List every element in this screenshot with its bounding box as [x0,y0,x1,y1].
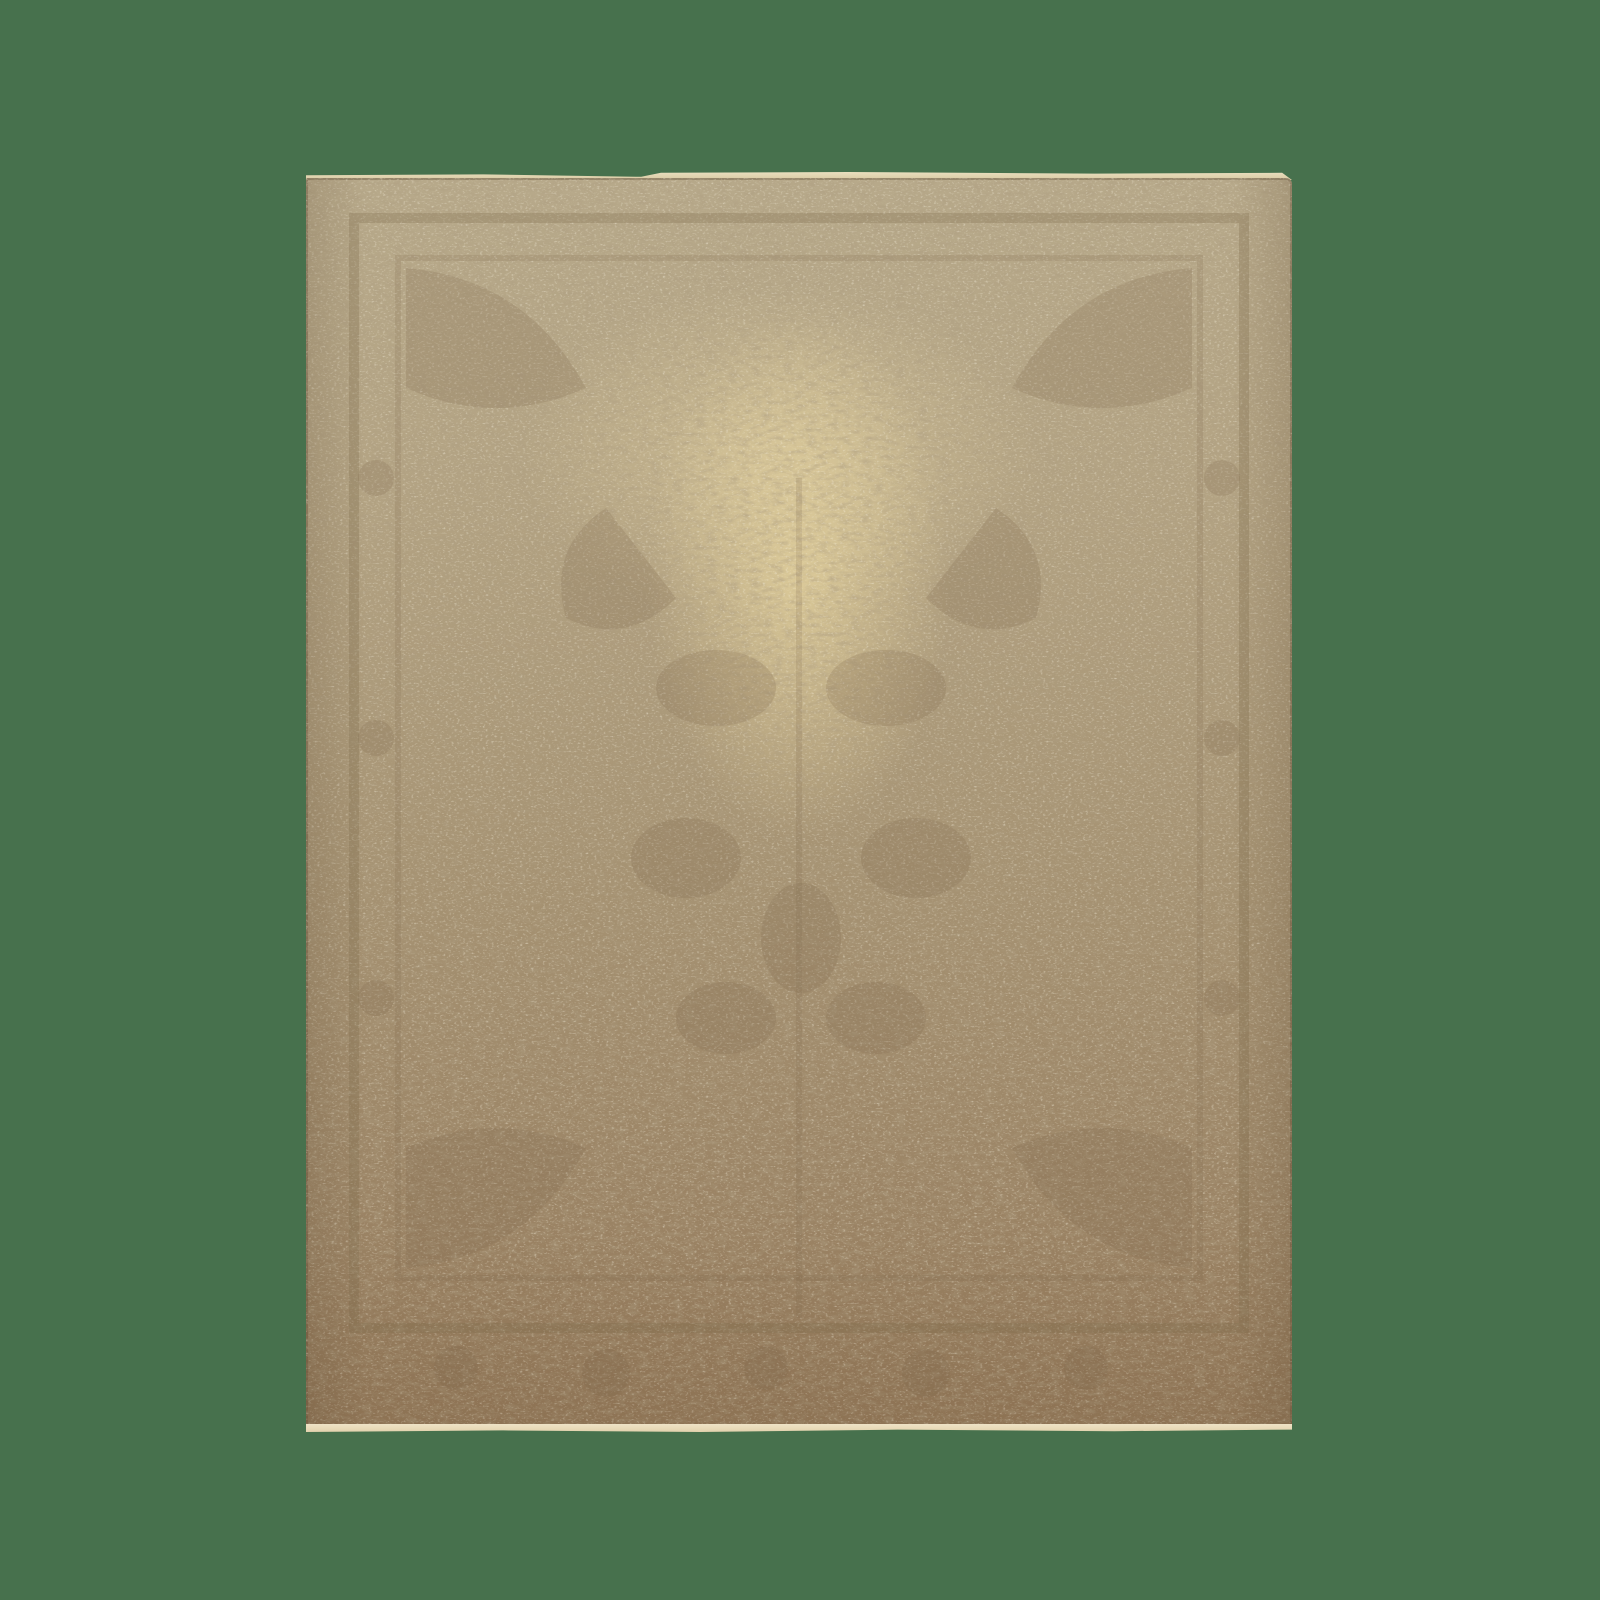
rug-bottom-fringe [306,1424,1292,1432]
product-photo-backdrop [0,0,1600,1600]
rug [306,178,1292,1426]
rug-edge-shading [306,178,1292,1426]
